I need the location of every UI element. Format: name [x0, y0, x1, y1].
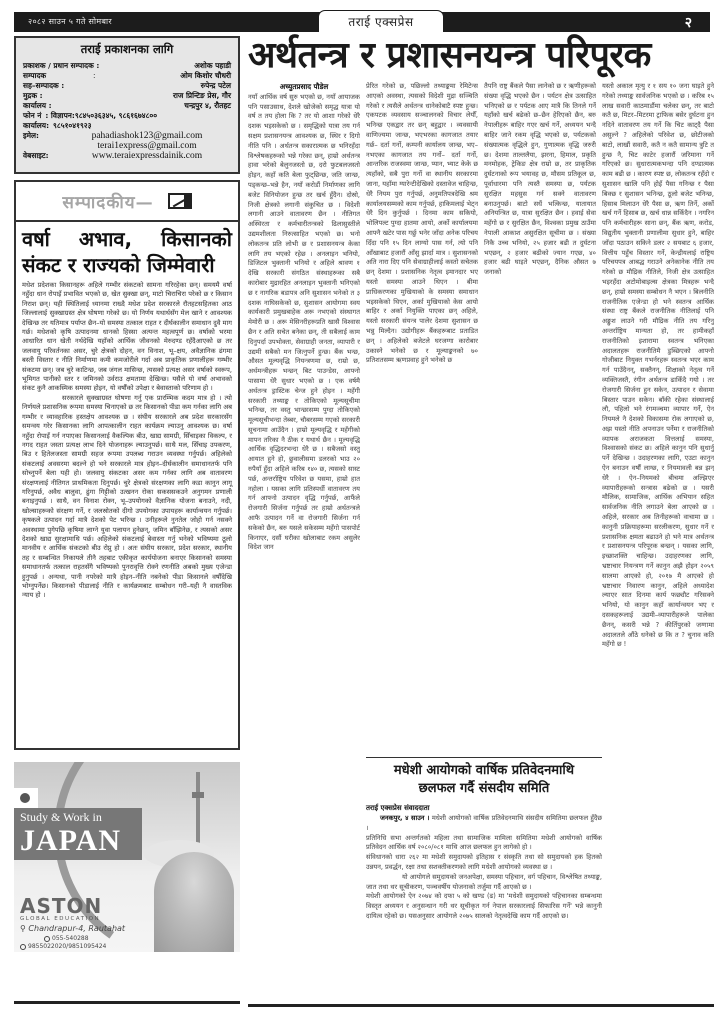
- article-column-1: अच्युतप्रसाद पौडेल नयाँ आर्थिक वर्ष सुरु…: [248, 82, 360, 1002]
- website-label: वेबसाइट:: [23, 151, 63, 161]
- phone-text: 9855022020/9851095424: [28, 943, 106, 950]
- row-value: अशोक पहाडी: [119, 61, 231, 71]
- paragraph-text: प्रतिनिधि सभा अन्तर्गतको महिला तथा सामाज…: [366, 834, 602, 854]
- row-label: सह–सम्पादक :: [23, 81, 93, 91]
- pen-icon: [168, 193, 192, 209]
- publisher-row: प्रकाशक / प्रधान सम्पादक : अशोक पहाडी: [23, 61, 231, 71]
- editorial-paragraph: मधेश प्रदेशका किसानहरू अहिले गम्भीर संकट…: [22, 281, 232, 394]
- editorial-box: सम्पादकीय— वर्षा अभाव, किसानको संकट र रा…: [14, 180, 240, 750]
- ad-phone-2: 9855022020/9851095424: [20, 943, 106, 950]
- second-headline-line-1: मधेशी आयोगको वार्षिक प्रतिवेदनमाथि: [366, 762, 602, 780]
- row-label: प्रकाशक / प्रधान सम्पादक :: [23, 61, 119, 71]
- office-phone-row: कार्यालय: ९८५१०४१९२३: [23, 121, 231, 131]
- second-article-body: जनकपुर, ४ साउन । मधेशी आयोगको वार्षिक प्…: [366, 814, 602, 922]
- email-link-2[interactable]: terai1express@gmail.com: [63, 141, 231, 151]
- phone-text: 055-540288: [52, 935, 89, 942]
- email-row: इमेल: pahadiashok123@gmail.com: [23, 131, 231, 141]
- main-headline: अर्थतन्त्र र प्रशासनयन्त्र परिपूरक: [248, 34, 714, 78]
- publisher-box-title: तराई प्रकाशनका लागि: [23, 42, 231, 57]
- ad-address: ⚲ Chandrapur-4, Rautahat: [20, 924, 125, 933]
- email-link-1[interactable]: pahadiashok123@gmail.com: [63, 131, 231, 141]
- email-label: इमेल:: [23, 131, 63, 141]
- article-column-3: तैपनि राष्ट्र बैंकले पैसा लानेको छ र ऋणी…: [484, 82, 596, 742]
- dateline: जनकपुर, ४ साउन ।: [380, 814, 429, 822]
- paragraph-text: मधेशी आयोगको ऐन २०७४ को दफा ५ को खण्ड (ढ…: [366, 892, 602, 921]
- person-image: [154, 852, 234, 952]
- ad-tagline: Study & Work in: [20, 810, 102, 825]
- second-headline-line-2: छलफल गर्दै संसदीय समिति: [366, 780, 602, 798]
- news-source: तराई एक्सप्रेस संवाददाता: [366, 804, 602, 813]
- title-word: अभाव,: [79, 226, 132, 252]
- issue-date: २०८२ साउन ५ गते सोमबार: [28, 16, 112, 27]
- row-value: राज प्रिन्टिङ प्रेस, गौर: [93, 91, 231, 101]
- row-value: रुपेन्द्र पटेल: [93, 81, 231, 91]
- article-column-4: यस्तो अकाल मृत्यु र १ सय १० जना घाइते हु…: [602, 82, 714, 1002]
- spacer: [23, 141, 63, 151]
- office-row: कार्यालय : चन्द्रपुर ४, रौतहट: [23, 101, 231, 111]
- page-number: २: [685, 13, 692, 32]
- editorial-body: मधेश प्रदेशका किसानहरू अहिले गम्भीर संकट…: [16, 278, 238, 604]
- editorial-header: सम्पादकीय—: [16, 182, 238, 222]
- mobile-icon: [20, 944, 26, 950]
- editorial-title: वर्षा अभाव, किसानको संकट र राज्यको जिम्म…: [16, 222, 238, 278]
- column-text: तैपनि राष्ट्र बैंकले पैसा लानेको छ र ऋणी…: [484, 82, 596, 276]
- row-label: सम्पादक: [23, 71, 93, 81]
- email-row-2: terai1express@gmail.com: [23, 141, 231, 151]
- title-word: वर्षा: [22, 226, 50, 252]
- main-bottom-rule: [248, 1004, 714, 1007]
- website-link[interactable]: www.teraiexpressdainik.com: [63, 151, 231, 161]
- ad-country: JAPAN: [20, 824, 121, 858]
- editorial-section-label: सम्पादकीय—: [62, 190, 153, 213]
- main-article-columns: अच्युतप्रसाद पौडेल नयाँ आर्थिक वर्ष सुरु…: [248, 82, 714, 742]
- phone-value: : विज्ञापन:९८४५०३६३४५, ९८६१६७४८००: [45, 111, 231, 121]
- japan-flag-icon: [14, 788, 38, 808]
- column-text: प्रेरित गरेको छ, पछिल्लो तथ्याङ्कमा रेमि…: [366, 82, 478, 364]
- phone-row: फोन नं : विज्ञापन:९८४५०३६३४५, ९८६१६७४८००: [23, 111, 231, 121]
- paragraph-text: संविधानको धारा २६२ मा मधेशी समुदायको इति…: [366, 853, 602, 873]
- co-editor-row: सह–सम्पादक : रुपेन्द्र पटेल: [23, 81, 231, 91]
- website-row: वेबसाइट: www.teraiexpressdainik.com: [23, 151, 231, 161]
- row-label: मुद्रक :: [23, 91, 93, 101]
- column-text: यस्तो अकाल मृत्यु र १ सय १० जना घाइते हु…: [602, 82, 714, 648]
- printer-row: मुद्रक : राज प्रिन्टिङ प्रेस, गौर: [23, 91, 231, 101]
- address-text: Chandrapur-4, Rautahat: [28, 924, 125, 933]
- row-value: चन्द्रपुर ४, रौतहट: [93, 101, 231, 111]
- phone-icon: [44, 936, 50, 942]
- ad-phone-1: 055-540288: [44, 935, 89, 942]
- paragraph-text: यो आयोगले समुदायको जनअपेक्षा, समस्या पहि…: [366, 873, 602, 893]
- editor-row: सम्पादक : ओम किशोर चौधरी: [23, 71, 231, 81]
- left-column: तराई प्रकाशनका लागि प्रकाशक / प्रधान सम्…: [14, 36, 240, 952]
- row-value: ओम किशोर चौधरी: [113, 71, 231, 81]
- second-article: मधेशी आयोगको वार्षिक प्रतिवेदनमाथि छलफल …: [366, 757, 602, 922]
- newspaper-masthead: तराई एक्सप्रेस: [318, 10, 444, 32]
- title-line-2: संकट र राज्यको जिम्मेवारी: [22, 252, 232, 278]
- publisher-info-box: तराई प्रकाशनका लागि प्रकाशक / प्रधान सम्…: [14, 36, 240, 174]
- title-word: किसानको: [161, 226, 232, 252]
- office-phone-value: ९८५१०४१९२३: [53, 121, 231, 131]
- office-phone-label: कार्यालय:: [23, 121, 49, 131]
- ad-brand-sub: GLOBAL EDUCATION: [20, 916, 100, 922]
- left-bottom-rule: [14, 1001, 240, 1004]
- row-separator: :: [93, 71, 113, 81]
- editorial-paragraph: सरकारले सुक्खाग्रस्त घोषणा गर्नु एक प्रा…: [22, 394, 232, 601]
- phone-label: फोन नं: [23, 111, 41, 121]
- row-label: कार्यालय :: [23, 101, 93, 111]
- ad-brand-logo: ASTON: [20, 894, 102, 918]
- column-text: नयाँ आर्थिक वर्ष सुरु भएको छ, नयाँ आयाजक…: [248, 93, 360, 552]
- advertisement-banner[interactable]: Study & Work in JAPAN ASTON GLOBAL EDUCA…: [14, 762, 240, 952]
- author-byline: अच्युतप्रसाद पौडेल: [248, 82, 360, 92]
- article-column-2: प्रेरित गरेको छ, पछिल्लो तथ्याङ्कमा रेमि…: [366, 82, 478, 742]
